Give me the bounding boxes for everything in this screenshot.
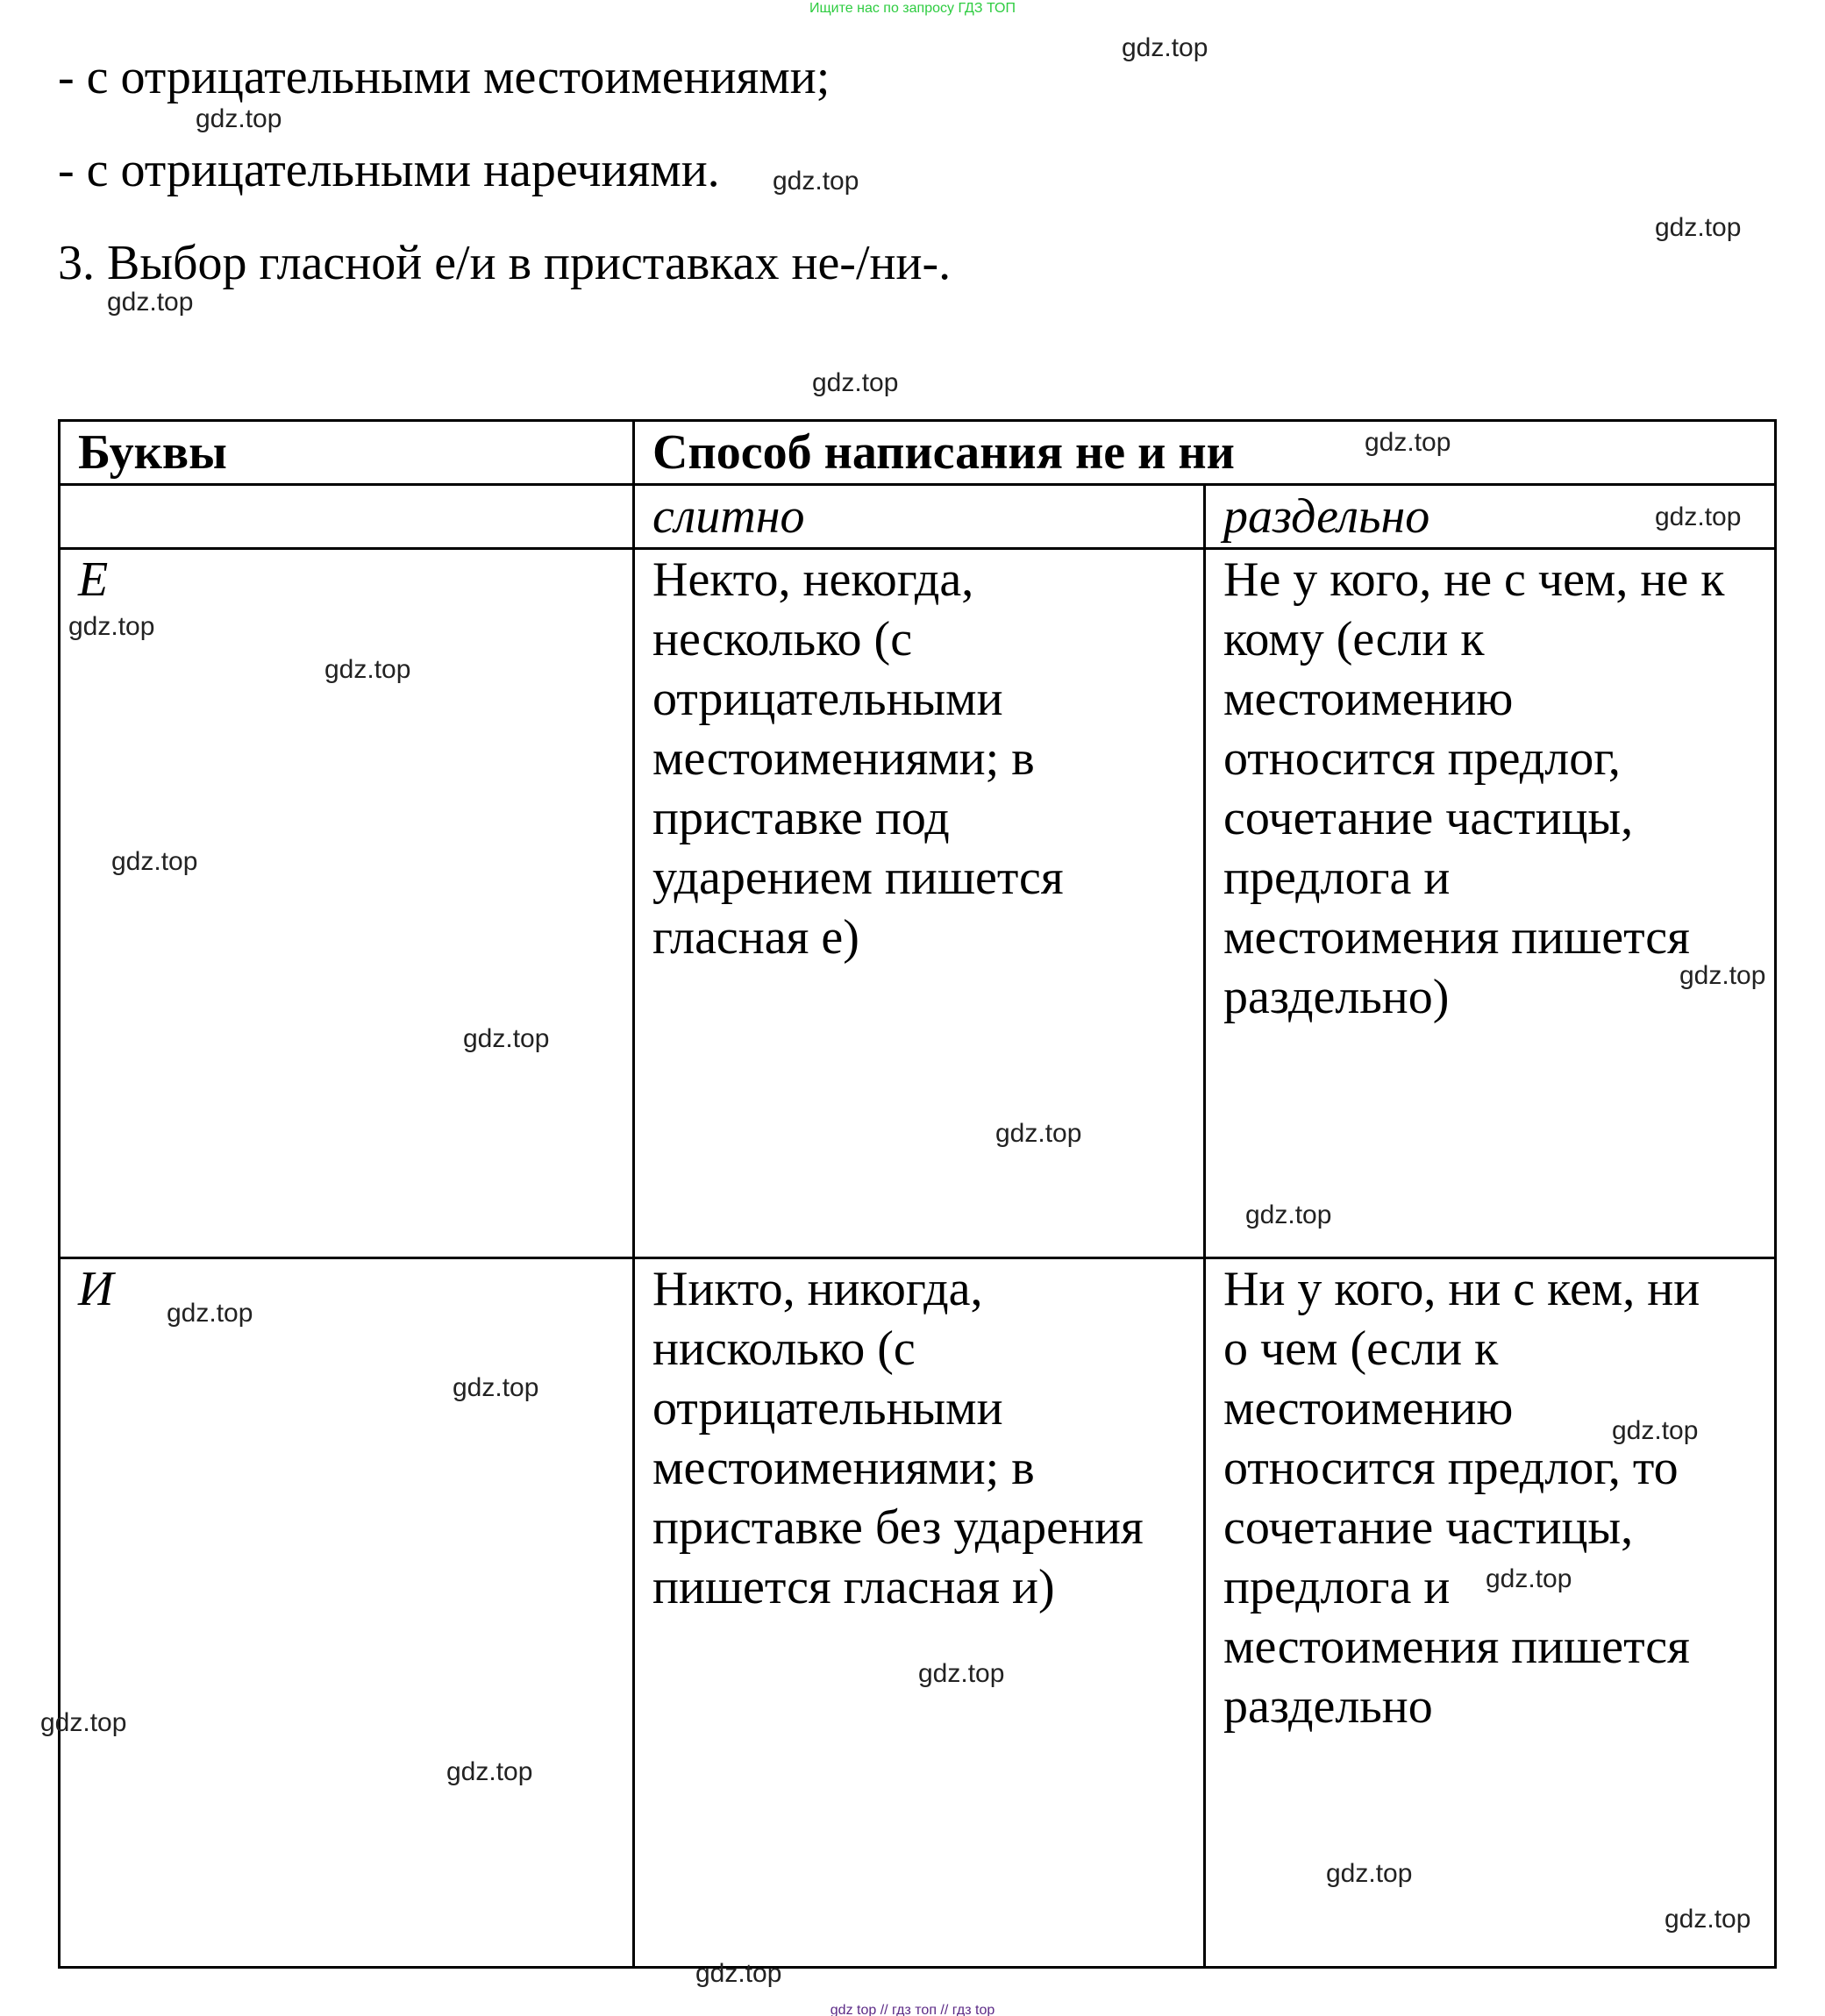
watermark: gdz.top xyxy=(111,849,197,875)
cell-line: сочетание частицы, xyxy=(1223,1498,1757,1557)
header-method: Способ написания не и ни xyxy=(634,421,1776,485)
watermark: gdz.top xyxy=(695,1961,781,1987)
watermark: gdz.top xyxy=(995,1121,1081,1147)
subheader-empty xyxy=(60,485,634,549)
watermark: gdz.top xyxy=(1665,1906,1750,1933)
cell-line: местоимениями; в xyxy=(652,729,1186,788)
watermark: gdz.top xyxy=(1679,963,1765,989)
cell-line: сочетание частицы, xyxy=(1223,788,1757,848)
cell-line: раздельно) xyxy=(1223,967,1757,1027)
watermark: gdz.top xyxy=(107,289,193,316)
footer-links: gdz top // гдз топ // гдз top xyxy=(0,2003,1825,2016)
bullet-negative-adverbs: - с отрицательными наречиями. xyxy=(58,146,720,195)
cell-line: нисколько (с xyxy=(652,1319,1186,1378)
watermark: gdz.top xyxy=(1655,504,1741,531)
cell-line: гласная е) xyxy=(652,908,1186,967)
table-row: И Никто, никогда,нисколько (сотрицательн… xyxy=(60,1258,1776,1968)
cell-line: отрицательными xyxy=(652,669,1186,729)
together-cell: Некто, некогда,несколько (сотрицательным… xyxy=(634,549,1205,1258)
watermark: gdz.top xyxy=(324,657,410,683)
cell-line: относится предлог, то xyxy=(1223,1438,1757,1498)
watermark: gdz.top xyxy=(1612,1418,1698,1444)
watermark: gdz.top xyxy=(1122,35,1208,61)
cell-line: раздельно xyxy=(1223,1677,1757,1736)
cell-line: кому (если к xyxy=(1223,609,1757,669)
separate-cell: Ни у кого, ни с кем, нио чем (если кмест… xyxy=(1205,1258,1776,1968)
cell-line: предлога и xyxy=(1223,848,1757,908)
watermark: gdz.top xyxy=(453,1375,538,1401)
cell-line: о чем (если к xyxy=(1223,1319,1757,1378)
watermark: gdz.top xyxy=(167,1300,253,1327)
watermark: gdz.top xyxy=(918,1661,1004,1687)
subheader-together: слитно xyxy=(634,485,1205,549)
together-cell: Никто, никогда,нисколько (сотрицательным… xyxy=(634,1258,1205,1968)
watermark: gdz.top xyxy=(463,1026,549,1052)
cell-line: отрицательными xyxy=(652,1378,1186,1438)
cell-line: относится предлог, xyxy=(1223,729,1757,788)
watermark: gdz.top xyxy=(1326,1861,1412,1887)
cell-line: Никто, никогда, xyxy=(652,1259,1186,1319)
cell-line: несколько (с xyxy=(652,609,1186,669)
watermark: gdz.top xyxy=(446,1759,532,1785)
watermark: gdz.top xyxy=(40,1710,126,1736)
cell-line: местоимения пишется xyxy=(1223,1617,1757,1677)
bullet-negative-pronouns: - с отрицательными местоимениями; xyxy=(58,53,830,102)
watermark: gdz.top xyxy=(812,370,898,396)
cell-line: местоимения пишется xyxy=(1223,908,1757,967)
watermark: gdz.top xyxy=(1365,430,1451,456)
cell-line: пишется гласная и) xyxy=(652,1557,1186,1617)
watermark: gdz.top xyxy=(1245,1202,1331,1229)
table-row: Е Некто, некогда,несколько (сотрицательн… xyxy=(60,549,1776,1258)
cell-line: местоимениями; в xyxy=(652,1438,1186,1498)
watermark: gdz.top xyxy=(773,168,859,195)
search-banner: Ищите нас по запросу ГДЗ ТОП xyxy=(0,1,1825,17)
watermark: gdz.top xyxy=(196,106,282,132)
cell-line: Некто, некогда, xyxy=(652,550,1186,609)
cell-line: приставке под xyxy=(652,788,1186,848)
watermark: gdz.top xyxy=(68,614,154,640)
cell-line: приставке без ударения xyxy=(652,1498,1186,1557)
rules-table: Буквы Способ написания не и ни слитно ра… xyxy=(58,419,1777,1969)
section-heading: 3. Выбор гласной е/и в приставках не-/ни… xyxy=(58,239,951,288)
header-letters: Буквы xyxy=(60,421,634,485)
watermark: gdz.top xyxy=(1486,1566,1572,1592)
watermark: gdz.top xyxy=(1655,215,1741,241)
letter-cell: И xyxy=(60,1258,634,1968)
cell-line: Не у кого, не с чем, не к xyxy=(1223,550,1757,609)
cell-line: ударением пишется xyxy=(652,848,1186,908)
cell-line: Ни у кого, ни с кем, ни xyxy=(1223,1259,1757,1319)
cell-line: местоимению xyxy=(1223,669,1757,729)
separate-cell: Не у кого, не с чем, не ккому (если кмес… xyxy=(1205,549,1776,1258)
